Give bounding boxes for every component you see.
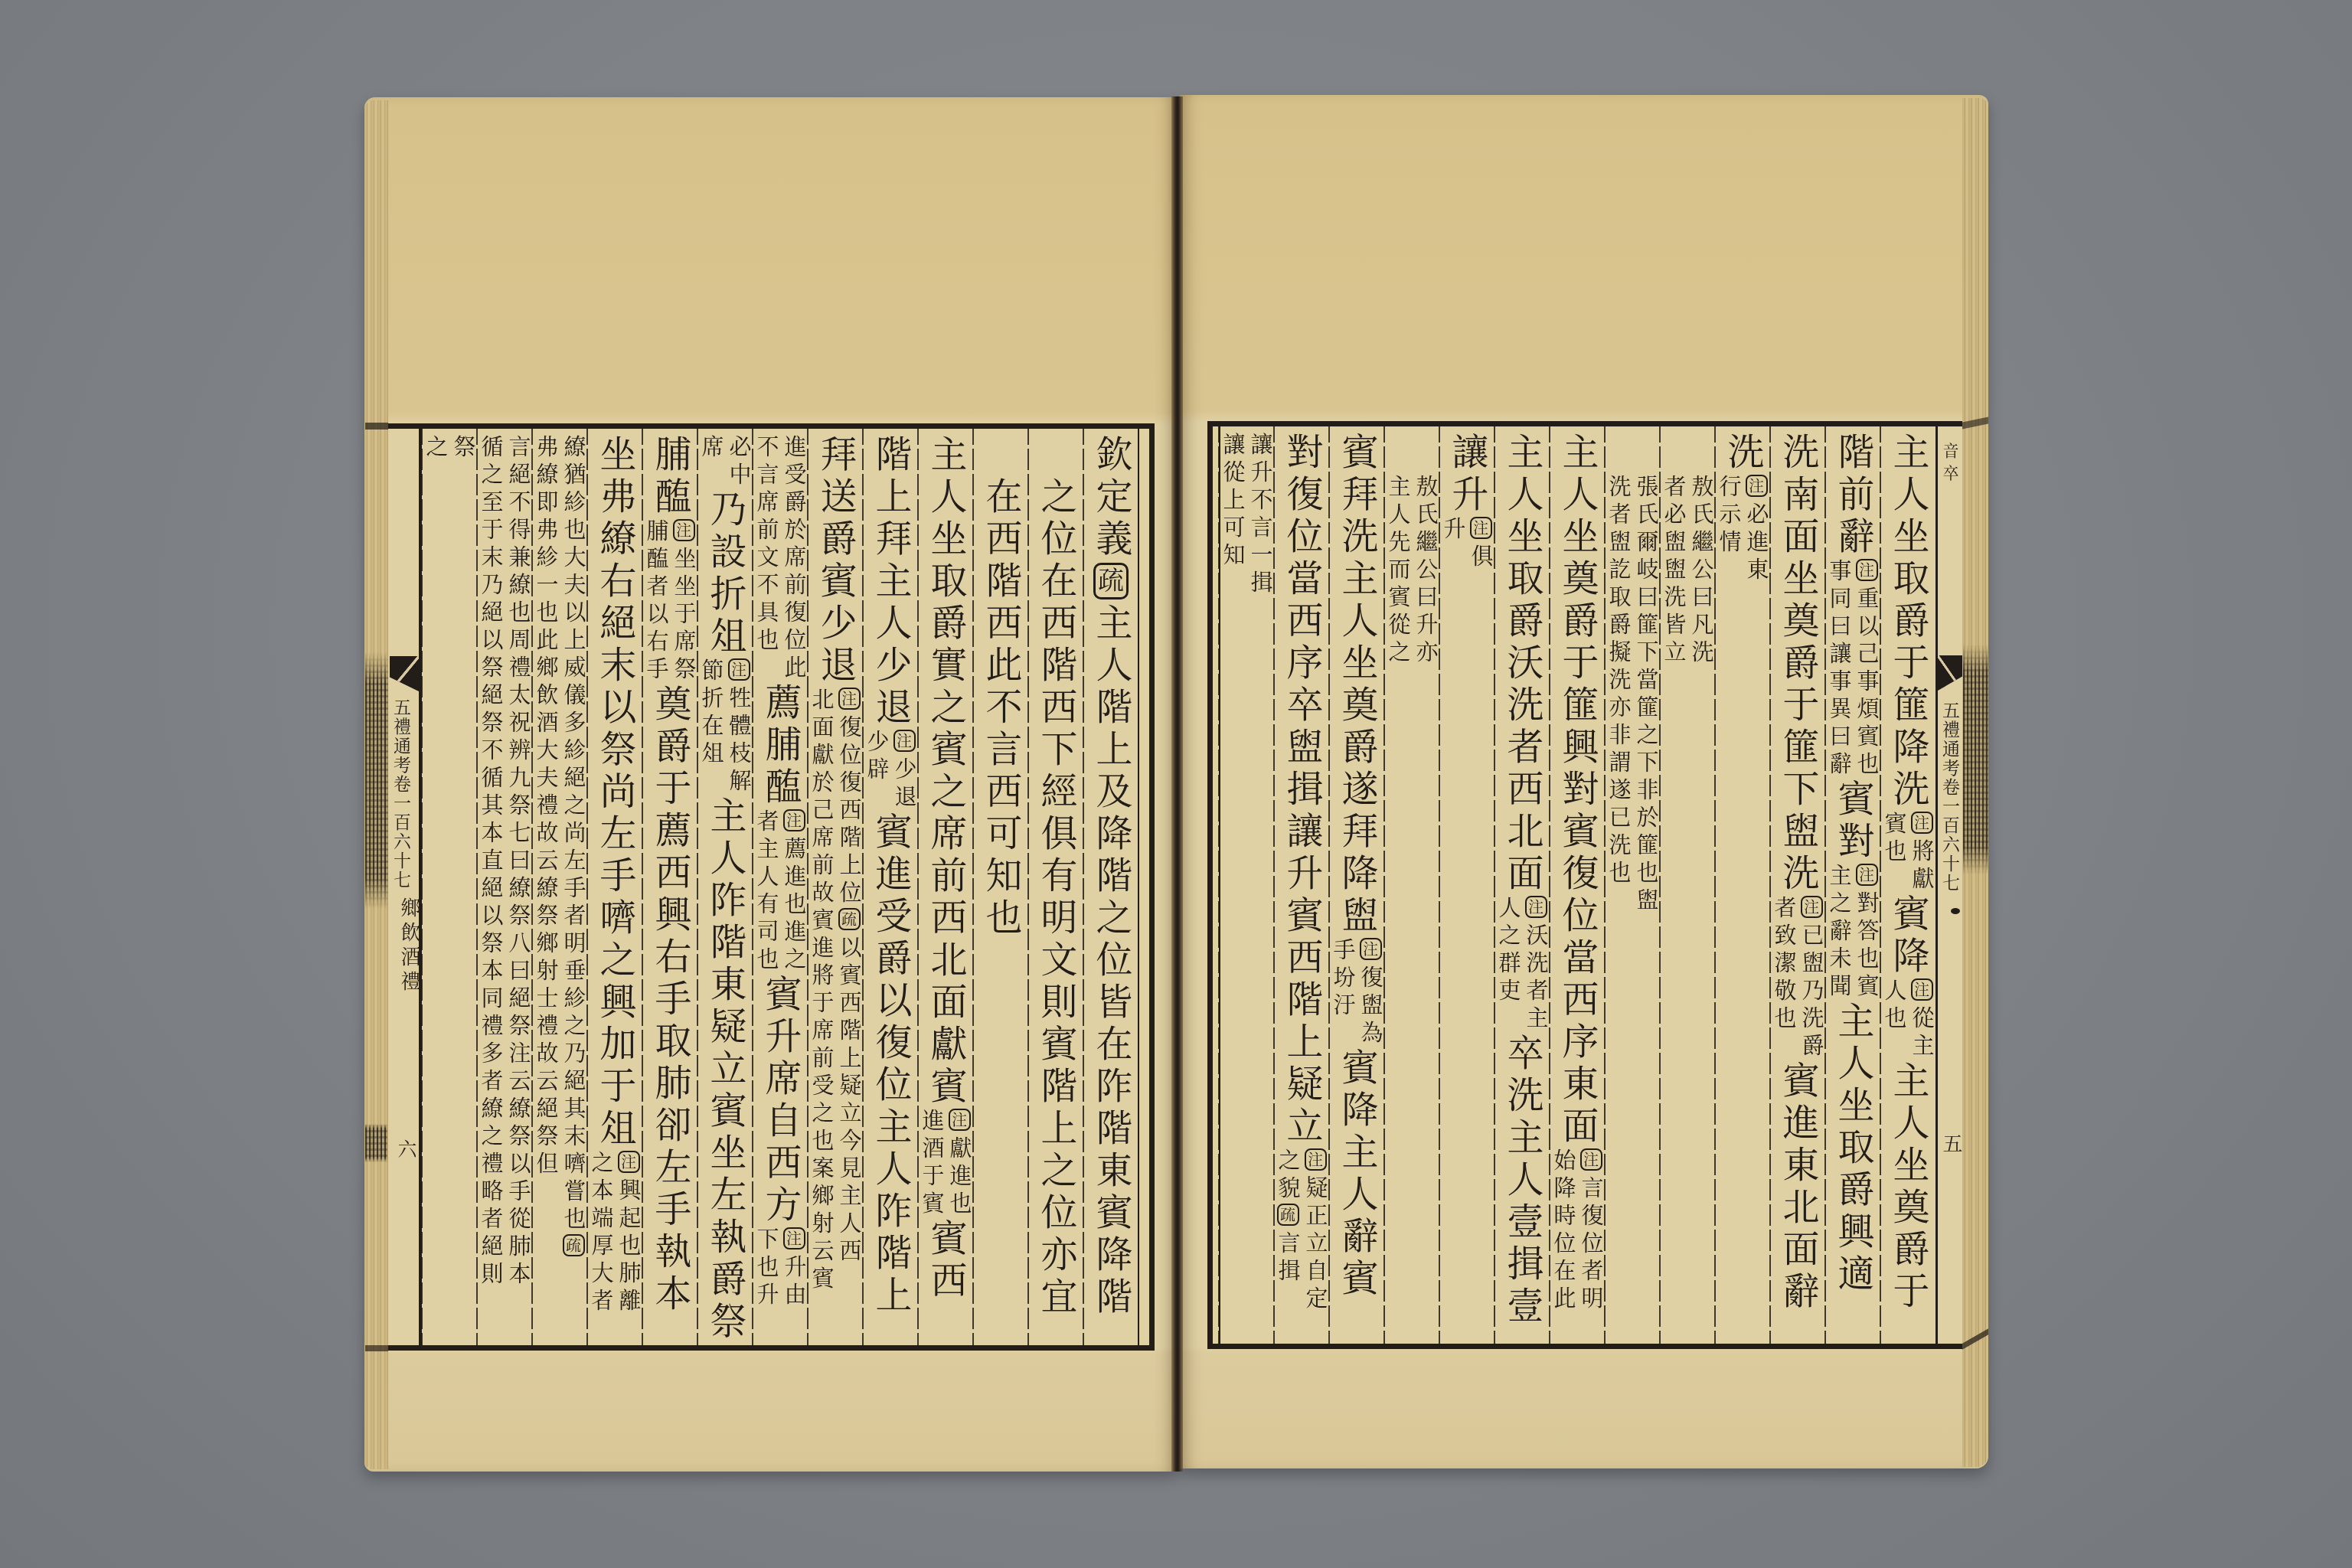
note-text: 人之群吏 [1498, 896, 1520, 1006]
text-column: 繚猶紾也大夫以上威儀多紾絕之尚左手者明垂紾之乃絕其末嚌嘗也疏弗繚即弗紾一也此鄉飲… [532, 429, 587, 1345]
book-gutter [1171, 96, 1183, 1472]
main-text: 賓降主人辭賓 [1338, 1048, 1375, 1301]
double-line-commentary: 敖氏繼公曰凡洗者必盥盥洗皆立 [1661, 475, 1714, 668]
note-text: 下也升 [756, 1227, 778, 1310]
zhu-marker-icon: 注 [1470, 517, 1492, 539]
note-text: 賓也 [1883, 812, 1906, 867]
main-text: 卒洗主人壹揖壹 [1504, 1034, 1540, 1328]
zhu-marker-icon: 注 [1305, 1148, 1327, 1171]
zhu-marker-icon: 注 [893, 730, 916, 752]
main-text: 主人坐奠爵于篚興對賓復位當西序東面 [1559, 433, 1596, 1148]
text-column: 言絕不得兼繚也周禮太祝辨九祭七曰繚祭八曰絕祭注云繚祭以手從肺本循之至于末乃絕以祭… [477, 429, 532, 1345]
zhu-marker-icon: 注 [1856, 864, 1878, 886]
interlinear-note: 注疑正立自定之貌疏言揖 [1275, 1148, 1328, 1314]
interlinear-note: 注沃洗者主人之群吏 [1495, 896, 1549, 1034]
note-text: 俱 [1470, 544, 1492, 572]
main-text: 賓對 [1834, 779, 1871, 864]
note-text: 復位復西階上位 [838, 715, 861, 908]
note-text: 節折在俎 [701, 658, 723, 769]
note-right-line: 注少退 [892, 730, 916, 812]
note-text: 從主 [1911, 1006, 1933, 1061]
interlinear-note: 注對答也賓主之辭未聞 [1826, 864, 1880, 1001]
interlinear-note: 注薦進也進之者主人有司也 [753, 809, 807, 975]
double-line-commentary: 進受爵於席前復位此不言席前文不具也 [753, 435, 807, 683]
interlinear-note: 注升由下也升 [753, 1227, 807, 1310]
commentary-text: 讓從上可知 [1222, 433, 1244, 570]
note-left-line: 進酒于賓 [920, 1109, 944, 1219]
note-text: 重以己事煩賓也 [1856, 586, 1878, 779]
main-text: 主人坐取爵于篚降洗 [1890, 433, 1926, 812]
text-column: 拜送爵賓少退 注復位復西階上位疏以賓西階上疑立今見主人西北面獻於己席前故賓進將于… [808, 429, 863, 1345]
note-text: 始降時位在此 [1553, 1148, 1575, 1314]
note-right-line: 注薦進也進之 [782, 809, 806, 975]
note-text: 已盥乃洗爵 [1801, 923, 1823, 1061]
interlinear-note: 注將獻賓也 [1881, 812, 1935, 894]
zhu-marker-icon: 注 [1525, 896, 1547, 918]
interlinear-note: 注牲體枝解節折在俎 [698, 658, 752, 796]
zhu-marker-icon: 注 [728, 658, 750, 681]
commentary-left-line: 弗繚即弗紾一也此鄉飲酒大夫禮故云繚祭鄉射士禮故云絕祭但 [534, 435, 558, 1262]
note-right-line: 注從主 [1909, 978, 1934, 1061]
commentary-text: 循之至于末乃絕以祭絕祭不循其本直絕以祭本同禮多者繚之禮略者絕則 [480, 435, 502, 1289]
note-text: 興起也肺離 [618, 1178, 640, 1316]
note-right-line: 注將獻 [1909, 812, 1934, 894]
interlinear-note: 注興起也肺離之本端厚大者 [588, 1151, 642, 1316]
note-right-line: 注沃洗者主 [1524, 896, 1548, 1034]
note-left-line: 升 [1441, 517, 1465, 572]
zhu-marker-icon: 注 [1911, 812, 1933, 834]
note-text: 言揖 [1277, 1231, 1299, 1286]
interlinear-note: 注獻進也進酒于賓 [919, 1109, 972, 1219]
main-text: 主人坐取爵興適 [1834, 1001, 1871, 1296]
note-text: 之本端厚大者 [590, 1151, 612, 1316]
double-line-commentary: 言絕不得兼繚也周禮太祝辨九祭七曰繚祭八曰絕祭注云繚祭以手從肺本循之至于末乃絕以祭… [478, 435, 531, 1289]
zhu-marker-icon: 注 [1911, 978, 1933, 1001]
commentary-text: 不言席前文不具也 [756, 435, 778, 655]
main-text: 主人坐取爵沃洗者西北面 [1504, 433, 1540, 896]
spine-dot-icon [1951, 908, 1960, 914]
commentary-left-line: 洗者盥訖取爵擬洗亦非謂遂已洗也 [1606, 475, 1631, 916]
note-left-line: 主之辭未聞 [1827, 864, 1851, 1001]
note-left-line: 事同曰讓事異曰辭 [1827, 559, 1851, 779]
commentary-text: 之 [425, 435, 447, 462]
zhu-marker-icon: 注 [783, 809, 805, 831]
interlinear-note: 注復盥為手坋汙 [1330, 938, 1383, 1048]
right-frame-top-border [1207, 421, 1962, 426]
text-column: 敖氏繼公曰升亦主人先而賓從之 [1384, 426, 1439, 1344]
note-left-line: 行示情 [1717, 475, 1741, 585]
note-right-line: 注俱 [1468, 517, 1493, 572]
double-line-commentary: 必中席 [698, 435, 752, 490]
text-column: 主人坐取爵實之賓之席前西北面獻賓 注獻進也進酒于賓 賓西 [918, 429, 973, 1345]
left-frame-top-border [388, 423, 1155, 429]
note-right-line: 注興起也肺離 [616, 1151, 641, 1316]
main-text: 洗 [1724, 433, 1761, 475]
commentary-left-line: 循之至于末乃絕以祭絕祭不循其本直絕以祭本同禮多者繚之禮略者絕則 [479, 435, 503, 1289]
zhu-marker-icon: 注 [1746, 475, 1768, 497]
right-banxin-border [1935, 421, 1938, 1349]
commentary-text: 張氏爾岐曰篚下當篚之下非於篚也盥 [1635, 475, 1658, 916]
interlinear-note: 注坐坐于席祭脯醢者以右手 [643, 519, 697, 684]
note-left-line: 人也 [1882, 978, 1906, 1061]
main-text: 賓降 [1890, 894, 1926, 978]
commentary-left-line: 之 [423, 435, 448, 462]
text-column: 階前辭 注重以己事煩賓也事同曰讓事異曰辭 賓對 注對答也賓主之辭未聞 主人坐取爵… [1825, 426, 1880, 1344]
note-text: 事同曰讓事異曰辭 [1828, 559, 1851, 779]
spine-title: 五禮通考卷一百六十七 [391, 698, 409, 890]
right-frame-outer-border [1207, 421, 1213, 1349]
note-text: 行示情 [1718, 475, 1740, 557]
commentary-text: 進受爵於席前復位此 [783, 435, 805, 683]
commentary-right-line: 敖氏繼公曰凡洗 [1689, 475, 1713, 668]
main-text: 階上拜主人少退 [872, 435, 909, 730]
zhu-marker-icon: 注 [1580, 1148, 1602, 1171]
note-left-line: 始降時位在此 [1551, 1148, 1576, 1314]
spine-section-title: 鄉飲酒禮 [399, 897, 419, 995]
note-left-line: 下也升 [754, 1227, 779, 1310]
main-text: 賓進受爵以復位主人阼階上 [872, 812, 909, 1318]
double-line-commentary: 張氏爾岐曰篚下當篚之下非於篚也盥洗者盥訖取爵擬洗亦非謂遂已洗也 [1606, 475, 1659, 916]
commentary-left-line: 不言席前文不具也 [754, 435, 779, 683]
text-column: 脯醢 注坐坐于席祭脯醢者以右手 奠爵于薦西興右手取肺卻左手執本 [642, 429, 697, 1345]
page-number: 六 [397, 1139, 416, 1158]
note-text: 少退 [893, 757, 916, 812]
main-text: 主人階上及降階之位皆在阼階東賓降階 [1093, 603, 1129, 1319]
text-column: 張氏爾岐曰篚下當篚之下非於篚也盥洗者盥訖取爵擬洗亦非謂遂已洗也 [1605, 426, 1660, 1344]
main-text: 之位在西階西下經俱有明文則賓階上之位亦宜 [1037, 477, 1074, 1319]
commentary-text: 繚猶紾也大夫以上威儀多紾絕之尚左手者明垂紾之乃絕其末嚌嘗也 [563, 435, 585, 1234]
note-text: 對答也賓 [1856, 891, 1878, 1001]
commentary-text: 讓升不言一揖 [1249, 433, 1272, 598]
note-right-line: 注獻進也 [947, 1109, 972, 1219]
commentary-right-line: 繚猶紾也大夫以上威儀多紾絕之尚左手者明垂紾之乃絕其末嚌嘗也疏 [561, 435, 586, 1262]
note-right-line: 注復位復西階上位疏以賓西階上疑立今見主人西 [837, 688, 861, 1294]
spine-title: 五禮通考卷一百六十七 [1940, 701, 1958, 893]
text-column: 讓升不言一揖讓從上可知 [1219, 426, 1274, 1344]
note-text: 之貌 [1277, 1148, 1299, 1204]
main-text: 乃設折俎 [707, 490, 743, 658]
note-left-line: 少辟 [864, 730, 889, 812]
note-left-line: 節折在俎 [699, 658, 724, 796]
note-text: 人也 [1883, 978, 1906, 1034]
note-text: 沃洗者主 [1525, 923, 1547, 1034]
note-text: 獻進也 [949, 1136, 971, 1219]
text-column: 賓拜洗主人坐奠爵遂拜降盥 注復盥為手坋汙 賓降主人辭賓 [1329, 426, 1384, 1344]
note-text: 升 [1442, 517, 1465, 544]
commentary-right-line: 必中 [727, 435, 751, 490]
note-text: 必進東 [1746, 502, 1768, 585]
text-column: 在西階西此不言西可知也 [973, 429, 1028, 1345]
note-left-line: 賓也 [1882, 812, 1906, 894]
fore-edge-ink-left-pagenum [365, 1124, 387, 1162]
commentary-text: 祭 [452, 435, 475, 462]
interlinear-note: 注必進東行示情 [1716, 475, 1769, 585]
zhu-marker-icon: 注 [1856, 559, 1878, 581]
note-text: 主之辭未聞 [1828, 864, 1851, 1001]
text-column: 坐弗繚右絕末以祭尚左手嚌之興加于俎 注興起也肺離之本端厚大者 [587, 429, 642, 1345]
commentary-right-line: 張氏爾岐曰篚下當篚之下非於篚也盥 [1634, 475, 1658, 916]
fore-edge-border-left-bottom [365, 1345, 388, 1351]
note-right-line: 注言復位者明 [1579, 1148, 1603, 1314]
commentary-text: 必中 [728, 435, 750, 490]
main-text: 讓升 [1449, 433, 1485, 517]
note-left-line: 者主人有司也 [754, 809, 779, 975]
note-right-line: 注坐坐于席祭 [671, 519, 696, 684]
interlinear-note: 注復位復西階上位疏以賓西階上疑立今見主人西北面獻於己席前故賓進將于席前受之也案鄉… [808, 688, 862, 1294]
text-column: 主人坐奠爵于篚興對賓復位當西序東面 注言復位者明始降時位在此 [1550, 426, 1605, 1344]
left-frame-bottom-border [388, 1345, 1155, 1351]
main-text: 在西階西此不言西可知也 [982, 477, 1019, 940]
commentary-right-line: 祭 [451, 435, 475, 462]
note-left-line: 脯醢者以右手 [644, 519, 668, 684]
text-column: 主人坐取爵沃洗者西北面 注沃洗者主人之群吏 卒洗主人壹揖壹 [1494, 426, 1550, 1344]
shu-marker-icon: 疏 [563, 1234, 585, 1256]
zhu-marker-icon: 注 [783, 1227, 805, 1249]
note-text: 進酒于賓 [921, 1109, 943, 1219]
zhu-marker-icon: 注 [949, 1109, 971, 1131]
note-left-line: 手坋汙 [1331, 938, 1355, 1048]
interlinear-note: 注言復位者明始降時位在此 [1550, 1148, 1604, 1314]
double-line-commentary: 讓升不言一揖讓從上可知 [1220, 433, 1273, 598]
main-text: 賓進東北面辭 [1779, 1061, 1816, 1314]
right-frame-bottom-border [1207, 1344, 1962, 1349]
note-text: 脯醢者以右手 [645, 519, 668, 684]
shu-marker-icon: 疏 [838, 908, 861, 930]
main-text: 主人阼階東疑立賓坐左執爵祭 [707, 796, 743, 1344]
text-column: 必中席 乃設折俎 注牲體枝解節折在俎 主人阼階東疑立賓坐左執爵祭 [697, 429, 753, 1345]
main-text: 奠爵于薦西興右手取肺卻左手執本 [652, 684, 688, 1316]
main-text: 賓拜洗主人坐奠爵遂拜降盥 [1338, 433, 1375, 938]
shu-marker-icon: 疏 [1277, 1204, 1299, 1226]
note-text: 以賓西階上疑立今見主人西 [838, 936, 861, 1266]
interlinear-note: 注已盥乃洗爵者致潔敬也 [1771, 896, 1824, 1061]
main-text: 主人坐奠爵于 [1890, 1061, 1926, 1314]
fore-edge-ink-left [365, 652, 388, 909]
note-right-line: 注對答也賓 [1854, 864, 1879, 1001]
fore-edge-border-left-top [365, 423, 388, 430]
note-right-line: 注疑正立自定 [1303, 1148, 1328, 1314]
commentary-text: 洗者盥訖取爵擬洗亦非謂遂已洗也 [1608, 475, 1630, 888]
commentary-right-line: 進受爵於席前復位此 [782, 435, 806, 683]
note-text: 言復位者明 [1580, 1176, 1602, 1314]
margin-gloss: 音卒 [1942, 443, 1958, 487]
note-left-line: 者致潔敬也 [1772, 896, 1796, 1061]
note-right-line: 注已盥乃洗爵 [1799, 896, 1824, 1061]
commentary-left-line: 主人先而賓從之 [1386, 475, 1410, 668]
note-left-line: 北面獻於己席前故賓進將于席前受之也案鄉射云賓 [809, 688, 834, 1294]
main-text: 主人坐取爵實之賓之席前西北面獻賓 [927, 435, 964, 1109]
text-column: 洗 注必進東行示情 [1715, 426, 1770, 1344]
double-line-commentary: 祭之 [423, 435, 476, 462]
text-column: 進受爵於席前復位此不言席前文不具也 薦脯醢 注薦進也進之者主人有司也 賓升席自西… [753, 429, 808, 1345]
note-text: 薦進也進之 [783, 837, 805, 975]
note-left-line: 人之群吏 [1496, 896, 1521, 1034]
zhu-marker-icon: 注 [673, 519, 695, 541]
note-right-line: 注牲體枝解 [727, 658, 751, 796]
note-text: 手坋汙 [1332, 938, 1354, 1021]
commentary-right-line: 敖氏繼公曰升亦 [1413, 475, 1438, 668]
main-text: 欽定義 [1093, 435, 1129, 561]
main-text: 脯醢 [652, 435, 688, 519]
commentary-left-line: 席 [699, 435, 724, 490]
double-line-commentary: 繚猶紾也大夫以上威儀多紾絕之尚左手者明垂紾之乃絕其末嚌嘗也疏弗繚即弗紾一也此鄉飲… [533, 435, 586, 1262]
note-text: 復盥為 [1360, 965, 1382, 1048]
commentary-text: 弗繚即弗紾一也此鄉飲酒大夫禮故云繚祭鄉射士禮故云絕祭但 [535, 435, 557, 1179]
commentary-text: 言絕不得兼繚也周禮太祝辨九祭七曰繚祭八曰絕祭注云繚祭以手從肺本 [508, 435, 530, 1289]
commentary-right-line: 言絕不得兼繚也周禮太祝辨九祭七曰繚祭八曰絕祭注云繚祭以手從肺本 [506, 435, 531, 1289]
interlinear-note: 注從主人也 [1881, 978, 1935, 1061]
zhu-marker-icon: 注 [1360, 938, 1382, 960]
commentary-text: 席 [701, 435, 723, 462]
text-column: 主人坐取爵于篚降洗 注將獻賓也 賓降 注從主人也 主人坐奠爵于 [1880, 426, 1935, 1344]
main-text: 洗南面坐奠爵于篚下盥洗 [1779, 433, 1816, 896]
text-column: 洗南面坐奠爵于篚下盥洗 注已盥乃洗爵者致潔敬也 賓進東北面辭 [1770, 426, 1825, 1344]
text-column: 祭之 [422, 429, 477, 1345]
zhu-marker-icon: 注 [838, 688, 861, 710]
note-left-line: 之本端厚大者 [589, 1151, 613, 1316]
fore-edge-ink-right [1963, 645, 1988, 874]
main-text: 拜送爵賓少退 [817, 435, 854, 688]
commentary-left-line: 者必盥盥洗皆立 [1661, 475, 1686, 668]
main-text: 階前辭 [1834, 433, 1871, 559]
interlinear-note: 注重以己事煩賓也事同曰讓事異曰辭 [1826, 559, 1880, 779]
note-right-line: 注必進東 [1744, 475, 1769, 585]
note-right-line: 注升由 [782, 1227, 806, 1310]
note-text: 將獻 [1911, 839, 1933, 894]
note-right-line: 注復盥為 [1358, 938, 1383, 1048]
main-text: 坐弗繚右絕末以祭尚左手嚌之興加于俎 [596, 435, 633, 1151]
double-line-commentary: 敖氏繼公曰升亦主人先而賓從之 [1385, 475, 1439, 668]
note-text: 牲體枝解 [728, 686, 750, 796]
main-text: 賓西 [927, 1219, 964, 1303]
commentary-text: 者必盥盥洗皆立 [1663, 475, 1685, 668]
note-text: 者主人有司也 [756, 809, 778, 975]
left-frame-outer-border [1149, 423, 1155, 1351]
text-column: 讓升 注俱升 [1439, 426, 1494, 1344]
main-text: 賓升席自西方 [762, 975, 799, 1227]
note-text: 坐坐于席祭 [673, 547, 695, 684]
commentary-text: 敖氏繼公曰升亦 [1415, 475, 1437, 668]
commentary-text: 主人先而賓從之 [1387, 475, 1410, 668]
interlinear-note: 注俱升 [1440, 517, 1494, 572]
commentary-left-line: 讓從上可知 [1220, 433, 1245, 598]
text-column: 之位在西階西下經俱有明文則賓階上之位亦宜 [1028, 429, 1083, 1345]
main-text: 對復位當西序卒盥揖讓升賓西階上疑立 [1283, 433, 1320, 1148]
commentary-right-line: 讓升不言一揖 [1248, 433, 1272, 598]
note-text: 升由 [783, 1255, 805, 1310]
note-text: 者致潔敬也 [1773, 896, 1795, 1034]
note-right-line: 注重以己事煩賓也 [1854, 559, 1879, 779]
zhu-marker-icon: 注 [618, 1151, 640, 1173]
text-column: 對復位當西序卒盥揖讓升賓西階上疑立 注疑正立自定之貌疏言揖 [1274, 426, 1329, 1344]
main-text: 薦脯醢 [762, 683, 799, 809]
note-text: 少辟 [866, 730, 888, 785]
text-column: 欽定義 疏 主人階上及降階之位皆在阼階東賓降階 [1083, 429, 1138, 1345]
shu-marker-icon: 疏 [1093, 563, 1129, 599]
page-number: 五 [1941, 1133, 1961, 1153]
commentary-text: 敖氏繼公曰凡洗 [1690, 475, 1713, 668]
text-column: 階上拜主人少退 注少退少辟 賓進受爵以復位主人阼階上 [863, 429, 918, 1345]
zhu-marker-icon: 注 [1801, 896, 1823, 918]
text-column: 敖氏繼公曰凡洗者必盥盥洗皆立 [1660, 426, 1715, 1344]
interlinear-note: 注少退少辟 [864, 730, 917, 812]
note-text: 疑正立自定 [1305, 1176, 1327, 1314]
note-text: 北面獻於己席前故賓進將于席前受之也案鄉射云賓 [811, 688, 833, 1294]
note-left-line: 之貌疏言揖 [1276, 1148, 1300, 1314]
